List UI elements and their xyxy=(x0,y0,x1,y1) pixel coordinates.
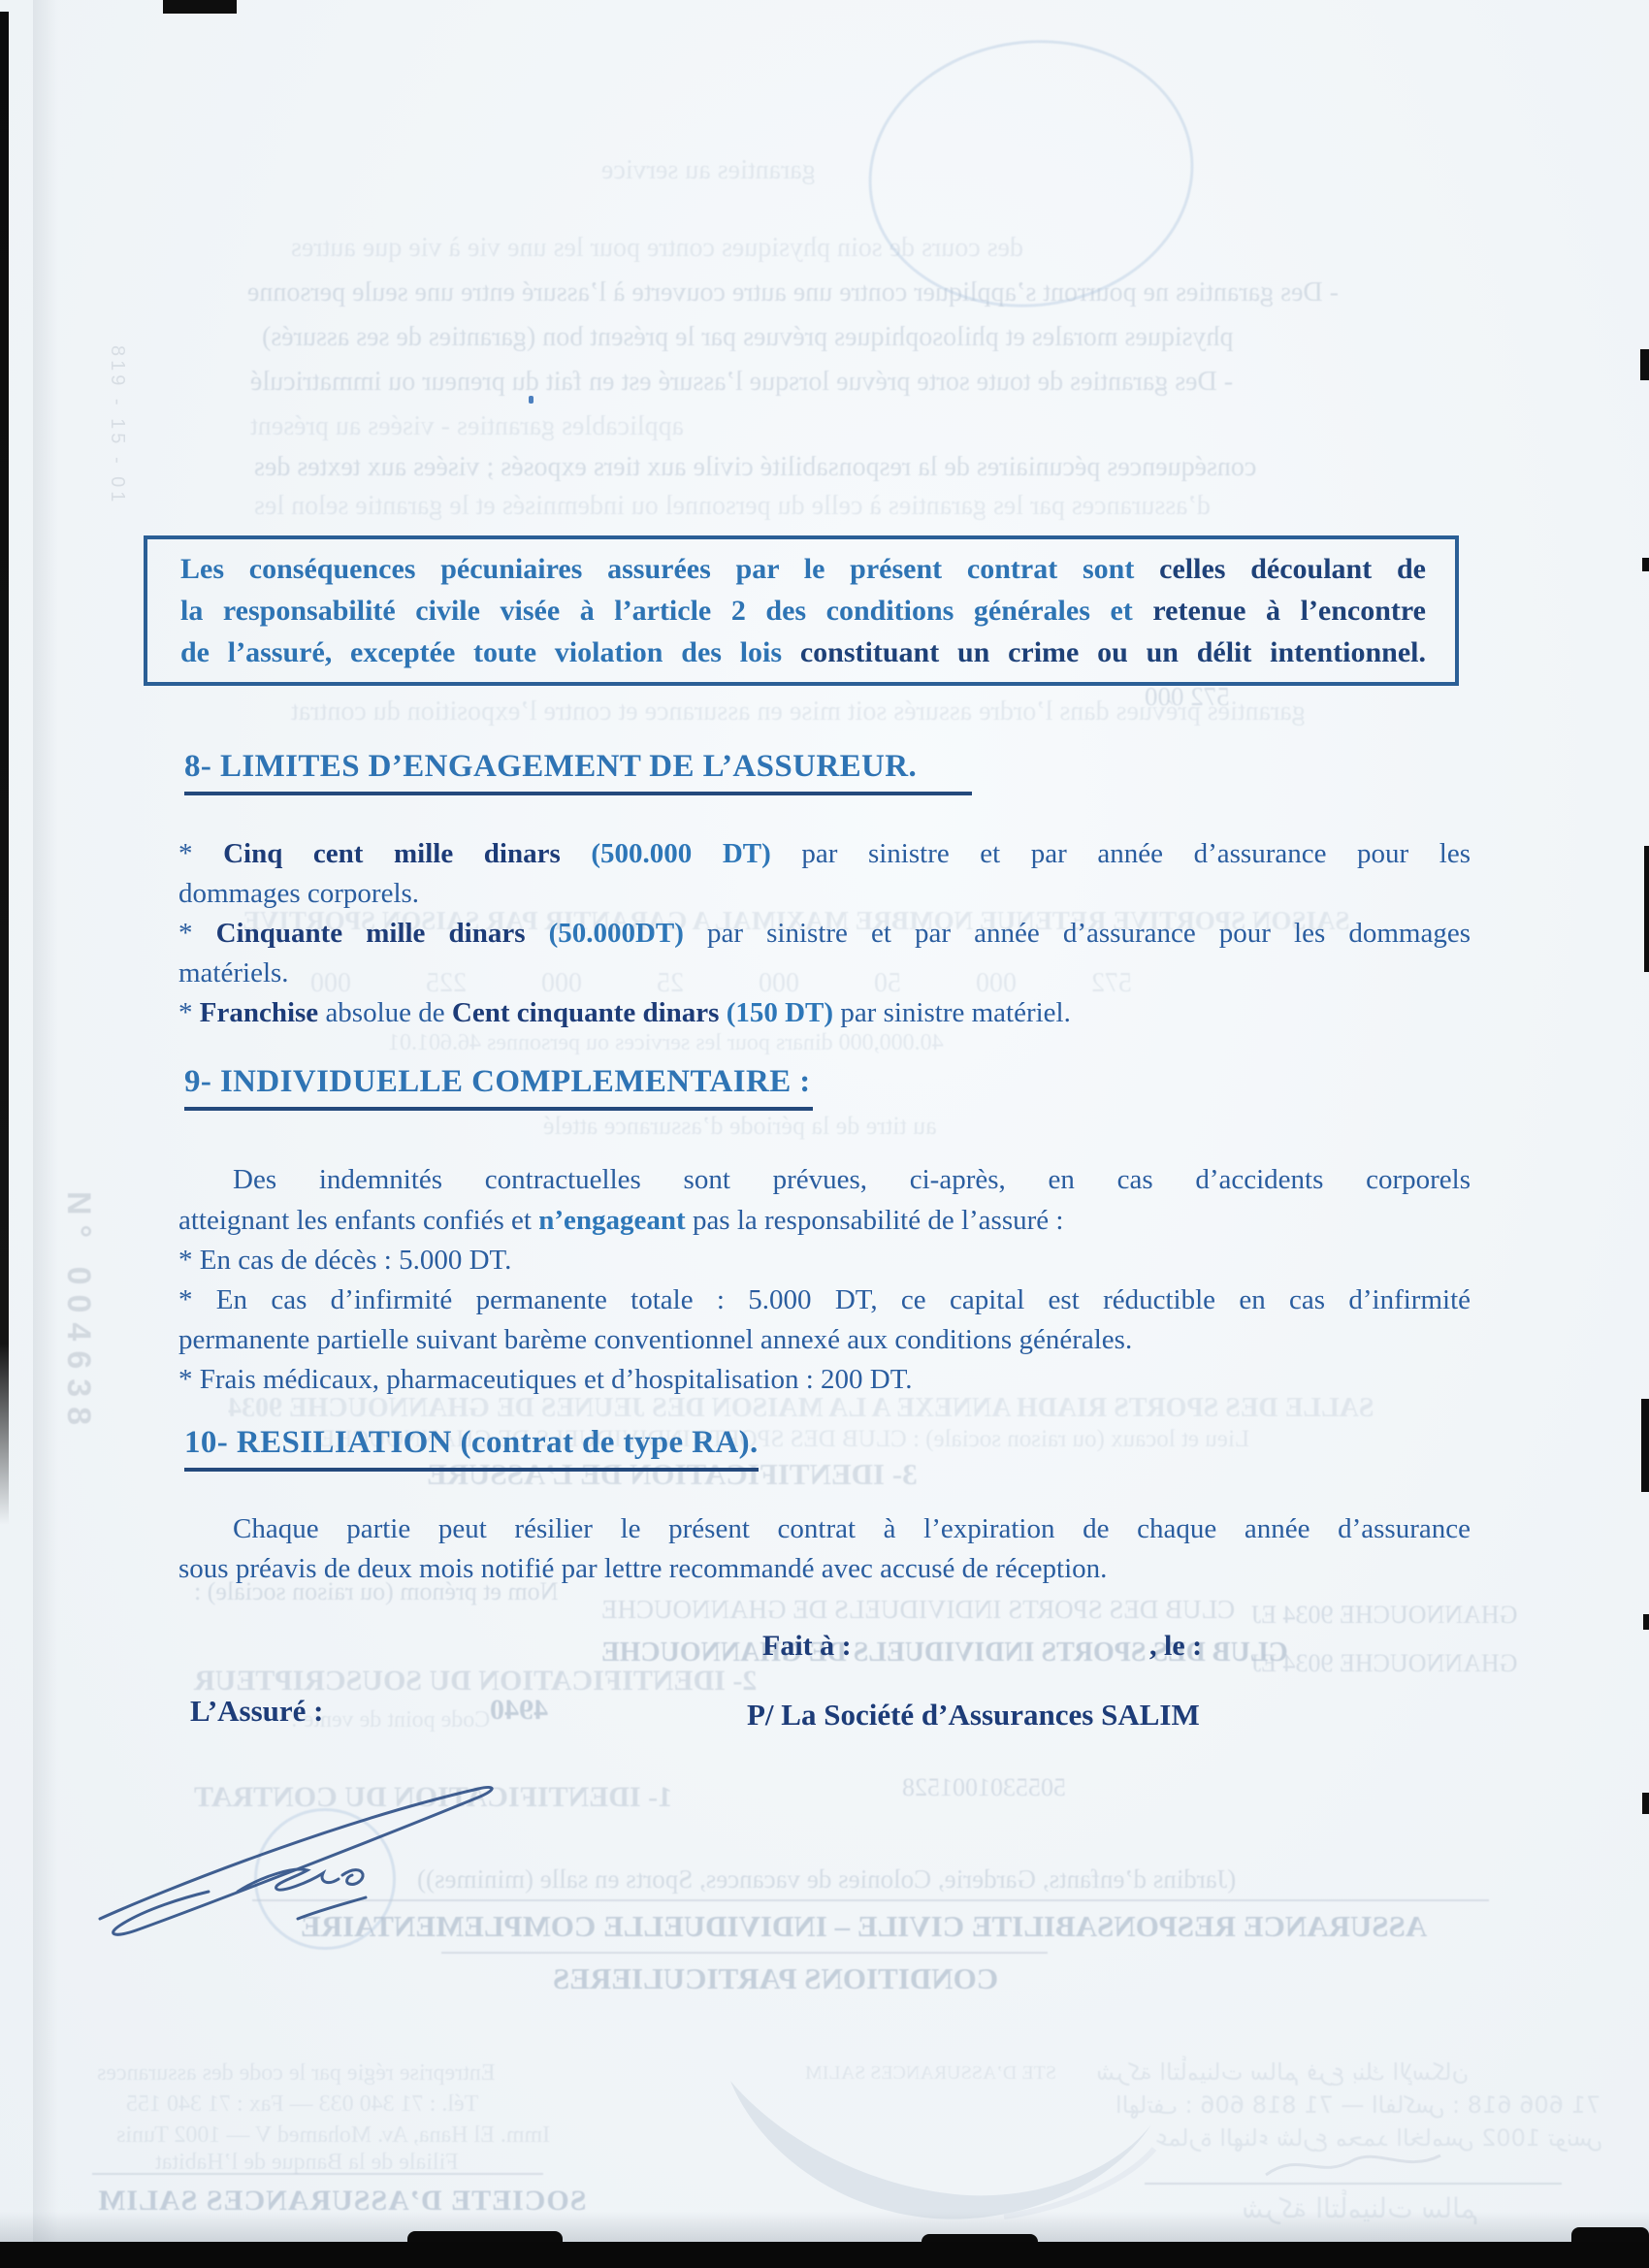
termination-text: Chaque partie peut résilier le présent c… xyxy=(233,1513,1471,1544)
ghost-rule xyxy=(441,1952,1048,1954)
paper-edge-shadow xyxy=(33,0,58,2268)
bleedthrough-line: GHANNOUCHE 9034 EJ xyxy=(1251,1601,1517,1630)
bleedthrough-footer-line: Entreprise régie par le code des assuran… xyxy=(97,2060,495,2087)
scan-artifact-right-mark xyxy=(1641,1399,1649,1492)
limit-material-line2: matériels. xyxy=(178,956,289,990)
ghost-rule xyxy=(92,2173,543,2175)
scan-edge-bottom-strip xyxy=(0,2242,1649,2268)
scanned-document-page: garanties au service des cours de soin p… xyxy=(0,0,1649,2268)
disability-benefit-line2: permanente partielle suivant barème conv… xyxy=(178,1322,1132,1357)
limit-bodily-line2: dommages corporels. xyxy=(178,876,419,911)
bleedthrough-value: 4940 xyxy=(490,1694,548,1727)
limit-amount-words: Cinquante mille dinars xyxy=(216,918,549,949)
medical-expenses-line: * Frais médicaux, pharmaceutiques et d’h… xyxy=(178,1362,913,1397)
insured-signature-label: L’Assuré : xyxy=(190,1694,324,1729)
bleedthrough-line: - Des garanties de toute sorte prévue lo… xyxy=(250,367,1233,398)
bleedthrough-line: - Des garanties ne pourront s’appliquer … xyxy=(247,277,1339,308)
bleedthrough-footer-line: Filiale de la Banque de l’Habitat xyxy=(155,2150,459,2176)
bleedthrough-line: applicables garanties - visées au présen… xyxy=(250,411,684,442)
bleedthrough-arabic-line: الهاتف : 606 818 71 — الفاكس : 618 606 7… xyxy=(1115,2091,1600,2119)
franchise-amount-words: Cent cinquante dinars xyxy=(452,997,727,1028)
indemnity-text: atteignant les enfants confiés et xyxy=(178,1205,538,1236)
liability-notice-box: Les conséquences pécuniaires assurées pa… xyxy=(144,535,1459,686)
bullet-star: * xyxy=(178,838,223,869)
bleedthrough-line: SALLE DES SPORTS RIADH ANNEXE A LA MAISO… xyxy=(228,1393,1374,1424)
scan-artifact-right-mark xyxy=(1642,1793,1649,1814)
bleedthrough-arabic-line: شركة التأمينات سالم فرع بنك الإسكان xyxy=(1096,2058,1469,2086)
indemnity-text: Des indemnités contractuelles sont prévu… xyxy=(233,1164,1471,1195)
bleedthrough-value: 5055301001528 xyxy=(902,1773,1066,1802)
bleedthrough-value: 572 000 xyxy=(1145,682,1230,712)
document-serial-number: N° 004638 xyxy=(59,1191,97,1435)
bleedthrough-line: 40.000,000 dinars pour les services ou p… xyxy=(388,1030,944,1056)
franchise-text: absolue de xyxy=(318,997,452,1028)
notice-text-dark: celles découlant de xyxy=(1159,553,1426,585)
scan-artifact-right-mark xyxy=(1644,846,1649,972)
bleedthrough-line: physiques morales et philosophiques prév… xyxy=(262,322,1234,353)
disability-benefit-line1: * En cas d’infirmité permanente totale :… xyxy=(178,1282,1471,1317)
notice-line: la responsabilité civile visée à l’artic… xyxy=(180,590,1426,632)
bleedthrough-title: CONDITIONS PARTICULIERES xyxy=(553,1961,998,1996)
limit-material-line1: * Cinquante mille dinars (50.000DT) par … xyxy=(178,916,1471,951)
section-10-heading: 10- RESILIATION (contrat de type RA). xyxy=(184,1425,759,1472)
scan-artifact-corner-bar xyxy=(163,0,237,14)
termination-line1: Chaque partie peut résilier le présent c… xyxy=(178,1511,1471,1546)
notice-line: de l’assuré, exceptée toute violation de… xyxy=(180,632,1426,673)
notice-text: Les conséquences pécuniaires assurées pa… xyxy=(180,553,1159,585)
bleedthrough-line: conséquences pécuniaires de la responsab… xyxy=(254,452,1256,483)
limit-amount-figure: (500.000 DT) xyxy=(591,838,770,869)
indemnity-text: pas la responsabilité de l’assuré : xyxy=(686,1205,1064,1236)
page-bottom-curl-shadow xyxy=(0,2212,1649,2243)
bleedthrough-heading: 2- IDENTIFICATION DU SOUSCRIPTEUR xyxy=(194,1665,757,1698)
section-9-heading: 9- INDIVIDUELLE COMPLEMENTAIRE : xyxy=(184,1064,813,1111)
franchise-amount-figure: (150 DT) xyxy=(727,997,833,1028)
scan-artifact-right-mark xyxy=(1640,349,1649,380)
limit-amount-words: Cinq cent mille dinars xyxy=(223,838,591,869)
notice-text-dark: constituant un crime ou un délit intenti… xyxy=(800,636,1426,668)
bleedthrough-line: des cours de soin physiques contre pour … xyxy=(291,233,1023,264)
death-benefit-line: * En cas de décès : 5.000 DT. xyxy=(178,1243,511,1278)
bullet-star: * xyxy=(178,918,216,949)
termination-line2: sous préavis de deux mois notifié par le… xyxy=(178,1551,1107,1586)
ghost-rule xyxy=(1145,2183,1562,2185)
notice-text: de l’assuré, exceptée toute violation de… xyxy=(180,636,800,668)
bleedthrough-footer-line: Tél. : 71 340 033 — Fax : 71 340 155 xyxy=(126,2091,478,2118)
notice-text: la responsabilité civile visée à l’artic… xyxy=(180,595,1152,627)
limit-bodily-line1: * Cinq cent mille dinars (500.000 DT) pa… xyxy=(178,836,1471,871)
franchise-text: par sinistre matériel. xyxy=(833,997,1071,1028)
made-at-label: Fait à : xyxy=(762,1630,852,1663)
bleedthrough-line: (Jardins d’enfants, Garderie, Colonies d… xyxy=(417,1864,1236,1895)
ghost-arabic-squiggle xyxy=(1261,2146,1445,2185)
franchise-word: Franchise xyxy=(200,997,318,1028)
notice-text-dark: retenue à l’encontre xyxy=(1152,595,1426,627)
insurer-signature-label: P/ La Société d’Assurances SALIM xyxy=(747,1698,1200,1733)
scan-artifact-right-mark xyxy=(1643,1614,1649,1630)
emphasis-word: n’engageant xyxy=(538,1205,685,1236)
bleedthrough-line: au titre de la période d’assurance attel… xyxy=(543,1112,937,1141)
date-label: , le : xyxy=(1149,1630,1202,1663)
indemnity-intro-line1: Des indemnités contractuelles sont prévu… xyxy=(178,1162,1471,1197)
section-8-heading: 8- LIMITES D’ENGAGEMENT DE L’ASSUREUR. xyxy=(184,749,972,795)
bleedthrough-line: garanties au service xyxy=(601,155,816,186)
bleedthrough-line: GHANNOUCHE 9034 EJ xyxy=(1251,1649,1517,1678)
limit-text: par sinistre et par année d’assurance po… xyxy=(684,918,1471,949)
margin-reference-code: 819 - 15 - 01 xyxy=(106,345,128,505)
bleedthrough-footer-line: Imm. El Hana, Av. Mohamed V — 1002 Tunis xyxy=(116,2122,550,2149)
limit-amount-figure: (50.000DT) xyxy=(549,918,684,949)
bullet-star: * xyxy=(178,997,200,1028)
indemnity-intro-line2: atteignant les enfants confiés et n’enga… xyxy=(178,1203,1063,1238)
scan-edge-left-strip xyxy=(0,12,9,1525)
franchise-line: * Franchise absolue de Cent cinquante di… xyxy=(178,995,1071,1030)
signature-handwriting xyxy=(92,1783,509,1948)
bleedthrough-line: d’assurances par les garanties à celle d… xyxy=(254,491,1211,522)
bleedthrough-line: CLUB DES SPORTS INDIVIDUELS DE GHANNOUCH… xyxy=(601,1595,1235,1625)
notice-line: Les conséquences pécuniaires assurées pa… xyxy=(180,548,1426,590)
ink-speck xyxy=(529,396,533,404)
scan-artifact-right-mark xyxy=(1642,558,1649,571)
limit-text: par sinistre et par année d’assurance po… xyxy=(771,838,1471,869)
